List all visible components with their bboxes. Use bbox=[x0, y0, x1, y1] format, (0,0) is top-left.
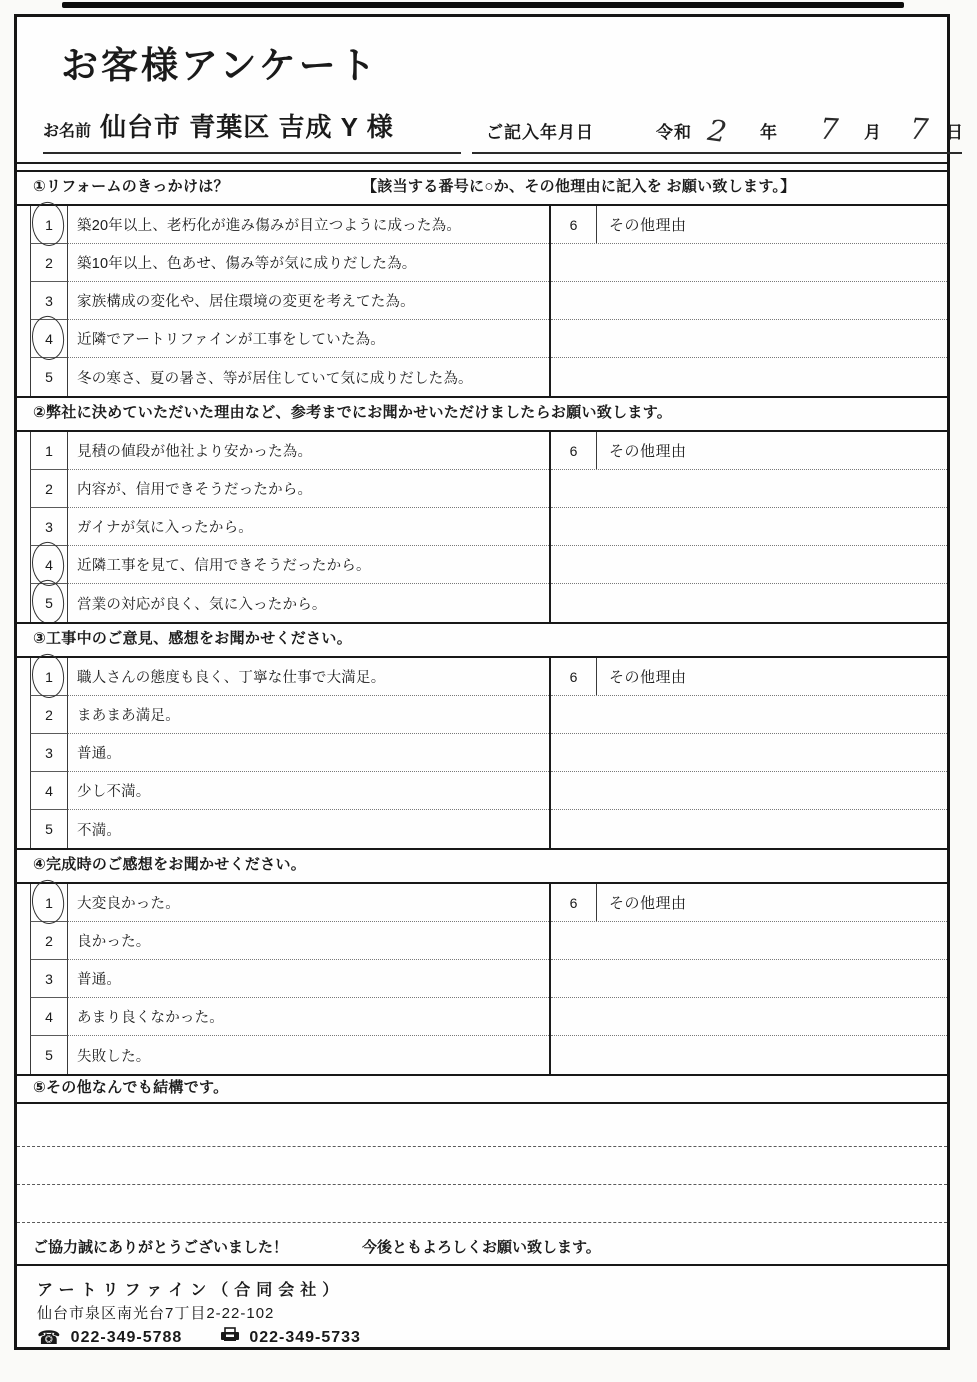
month-unit: 月 bbox=[864, 118, 882, 143]
option-row: 2 まあまあ満足。 bbox=[17, 696, 549, 734]
option-number: 3 bbox=[30, 734, 68, 772]
other-write-line bbox=[551, 508, 947, 546]
option-text: ガイナが気に入ったから。 bbox=[68, 508, 549, 546]
other-reason-row: 6 その他理由 bbox=[551, 432, 947, 470]
option-row: 1 築20年以上、老朽化が進み傷みが目立つように成った為。 bbox=[17, 206, 549, 244]
write-line bbox=[17, 1184, 947, 1185]
option-text: 家族構成の変化や、居住環境の変更を考えてた為。 bbox=[68, 282, 549, 320]
option-number: 4 bbox=[30, 546, 68, 584]
fax-number: 022-349-5733 bbox=[249, 1325, 361, 1351]
other-label: その他理由 bbox=[597, 432, 947, 469]
option-number-text: 3 bbox=[45, 745, 53, 761]
option-text: 失敗した。 bbox=[68, 1036, 549, 1074]
survey-form: お客様アンケート お名前仙台市 青葉区 吉成 Y 様 ご記入年月日 令和 2 年… bbox=[14, 14, 950, 1350]
option-row: 4 あまり良くなかった。 bbox=[17, 998, 549, 1036]
section-2-options: 1 見積の値段が他社より安かった為。 2 内容が、信用できそうだったから。 3 … bbox=[17, 432, 549, 622]
other-label: その他理由 bbox=[597, 206, 947, 243]
option-number-text: 4 bbox=[45, 331, 53, 347]
option-number: 5 bbox=[30, 810, 68, 848]
regards-text: 今後ともよろしくお願い致します。 bbox=[362, 1232, 601, 1263]
write-line bbox=[17, 1222, 947, 1223]
name-value: 仙台市 青葉区 吉成 Y 様 bbox=[100, 112, 394, 142]
company-footer: アートリファイン（合同会社） 仙台市泉区南光台7丁目2-22-102 ☎ 022… bbox=[17, 1266, 947, 1351]
option-number-text: 5 bbox=[45, 1047, 53, 1063]
option-text: 少し不満。 bbox=[68, 772, 549, 810]
other-write-line bbox=[551, 810, 947, 848]
option-number: 5 bbox=[30, 584, 68, 622]
option-number: 2 bbox=[30, 696, 68, 734]
option-row: 3 家族構成の変化や、居住環境の変更を考えてた為。 bbox=[17, 282, 549, 320]
option-row: 2 良かった。 bbox=[17, 922, 549, 960]
option-row: 3 ガイナが気に入ったから。 bbox=[17, 508, 549, 546]
other-reason-row: 6 その他理由 bbox=[551, 884, 947, 922]
option-row: 5 営業の対応が良く、気に入ったから。 bbox=[17, 584, 549, 622]
option-number-text: 1 bbox=[45, 895, 53, 911]
option-number: 3 bbox=[30, 508, 68, 546]
option-number-text: 2 bbox=[45, 707, 53, 723]
option-number-text: 3 bbox=[45, 971, 53, 987]
section-1-other-area: 6 その他理由 bbox=[549, 206, 947, 396]
option-text: 冬の寒さ、夏の暑さ、等が居住していて気に成りだした為。 bbox=[68, 358, 549, 396]
other-write-line bbox=[551, 320, 947, 358]
option-text: 内容が、信用できそうだったから。 bbox=[68, 470, 549, 508]
thanks-text: ご協力誠にありがとうございました！ bbox=[33, 1239, 288, 1256]
name-field: お名前仙台市 青葉区 吉成 Y 様 bbox=[43, 107, 461, 154]
other-write-line bbox=[551, 922, 947, 960]
other-write-line bbox=[551, 546, 947, 584]
option-number: 2 bbox=[30, 470, 68, 508]
section-3-heading: ③工事中のご意見、感想をお聞かせください。 bbox=[17, 622, 947, 658]
option-text: まあまあ満足。 bbox=[68, 696, 549, 734]
option-text: 見積の値段が他社より安かった為。 bbox=[68, 432, 549, 470]
option-row: 4 近隣工事を見て、信用できそうだったから。 bbox=[17, 546, 549, 584]
option-number-text: 4 bbox=[45, 783, 53, 799]
other-write-line bbox=[551, 772, 947, 810]
section-2-other-area: 6 その他理由 bbox=[549, 432, 947, 622]
other-reason-row: 6 その他理由 bbox=[551, 206, 947, 244]
option-text: あまり良くなかった。 bbox=[68, 998, 549, 1036]
option-row: 2 築10年以上、色あせ、傷み等が気に成りだした為。 bbox=[17, 244, 549, 282]
other-write-line bbox=[551, 282, 947, 320]
section-5-heading: ⑤その他なんでも結構です。 bbox=[17, 1074, 947, 1104]
form-header: お客様アンケート お名前仙台市 青葉区 吉成 Y 様 ご記入年月日 令和 2 年… bbox=[17, 17, 947, 164]
section-3-options: 1 職人さんの態度も良く、丁寧な仕事で大満足。 2 まあまあ満足。 3 普通。 … bbox=[17, 658, 549, 848]
option-row: 5 不満。 bbox=[17, 810, 549, 848]
company-name: アートリファイン（合同会社） bbox=[37, 1278, 947, 1303]
option-row: 1 大変良かった。 bbox=[17, 884, 549, 922]
section-3-body: 1 職人さんの態度も良く、丁寧な仕事で大満足。 2 まあまあ満足。 3 普通。 … bbox=[17, 658, 947, 848]
option-number-text: 3 bbox=[45, 519, 53, 535]
closing-message: ご協力誠にありがとうございました！ 今後ともよろしくお願い致します。 bbox=[17, 1232, 947, 1266]
option-number-text: 2 bbox=[45, 255, 53, 271]
write-line bbox=[17, 1146, 947, 1147]
other-write-line bbox=[551, 696, 947, 734]
option-number: 4 bbox=[30, 320, 68, 358]
section-3-title: ③工事中のご意見、感想をお聞かせください。 bbox=[33, 630, 352, 647]
section-1-body: 1 築20年以上、老朽化が進み傷みが目立つように成った為。 2 築10年以上、色… bbox=[17, 206, 947, 396]
option-row: 3 普通。 bbox=[17, 960, 549, 998]
option-row: 3 普通。 bbox=[17, 734, 549, 772]
handwritten-year: 2 bbox=[706, 113, 729, 149]
option-row: 1 見積の値段が他社より安かった為。 bbox=[17, 432, 549, 470]
day-unit: 日 bbox=[946, 118, 964, 143]
option-number-text: 4 bbox=[45, 1009, 53, 1025]
option-text: 普通。 bbox=[68, 734, 549, 772]
phone-icon: ☎ bbox=[37, 1329, 62, 1348]
option-row: 1 職人さんの態度も良く、丁寧な仕事で大満足。 bbox=[17, 658, 549, 696]
option-number-text: 4 bbox=[45, 557, 53, 573]
section-5-title: ⑤その他なんでも結構です。 bbox=[33, 1079, 228, 1096]
option-number-text: 2 bbox=[45, 933, 53, 949]
option-text: 営業の対応が良く、気に入ったから。 bbox=[68, 584, 549, 622]
option-text: 職人さんの態度も良く、丁寧な仕事で大満足。 bbox=[68, 658, 549, 696]
option-row: 4 近隣でアートリファインが工事をしていた為。 bbox=[17, 320, 549, 358]
other-write-line bbox=[551, 358, 947, 396]
other-number: 6 bbox=[551, 432, 597, 469]
section-4-title: ④完成時のご感想をお聞かせください。 bbox=[33, 856, 306, 873]
form-title: お客様アンケート bbox=[61, 35, 379, 89]
other-number: 6 bbox=[551, 884, 597, 921]
company-address: 仙台市泉区南光台7丁目2-22-102 bbox=[37, 1303, 947, 1325]
option-number-text: 5 bbox=[45, 369, 53, 385]
date-field: ご記入年月日 令和 2 年 7 月 7 日 bbox=[472, 106, 962, 154]
option-number: 3 bbox=[30, 960, 68, 998]
option-number-text: 1 bbox=[45, 217, 53, 233]
handwritten-day: 7 bbox=[909, 112, 929, 147]
scanned-survey-page: お客様アンケート お名前仙台市 青葉区 吉成 Y 様 ご記入年月日 令和 2 年… bbox=[0, 0, 977, 1382]
section-4-body: 1 大変良かった。 2 良かった。 3 普通。 4 あまり良くなかった。 5 bbox=[17, 884, 947, 1074]
option-number: 2 bbox=[30, 922, 68, 960]
section-4-options: 1 大変良かった。 2 良かった。 3 普通。 4 あまり良くなかった。 5 bbox=[17, 884, 549, 1074]
other-label: その他理由 bbox=[597, 884, 947, 921]
section-2-heading: ②弊社に決めていただいた理由など、参考までにお聞かせいただけましたらお願い致しま… bbox=[17, 396, 947, 432]
option-text: 築10年以上、色あせ、傷み等が気に成りだした為。 bbox=[68, 244, 549, 282]
option-number-text: 5 bbox=[45, 821, 53, 837]
year-unit: 年 bbox=[760, 118, 778, 143]
option-text: 良かった。 bbox=[68, 922, 549, 960]
section-1-title: ①リフォームのきっかけは？ bbox=[33, 178, 229, 195]
option-number: 3 bbox=[30, 282, 68, 320]
option-number: 1 bbox=[30, 206, 68, 244]
option-number: 5 bbox=[30, 1036, 68, 1074]
option-text: 築20年以上、老朽化が進み傷みが目立つように成った為。 bbox=[68, 206, 549, 244]
option-row: 5 冬の寒さ、夏の暑さ、等が居住していて気に成りだした為。 bbox=[17, 358, 549, 396]
option-number: 4 bbox=[30, 998, 68, 1036]
option-number: 4 bbox=[30, 772, 68, 810]
tel-number: 022-349-5788 bbox=[71, 1325, 183, 1351]
option-row: 5 失敗した。 bbox=[17, 1036, 549, 1074]
section-4-other-area: 6 その他理由 bbox=[549, 884, 947, 1074]
section-1-note: 【該当する番号に○か、その他理由に記入を お願い致します。】 bbox=[362, 172, 796, 202]
date-label: ご記入年月日 bbox=[486, 118, 594, 143]
option-text: 普通。 bbox=[68, 960, 549, 998]
other-label: その他理由 bbox=[597, 658, 947, 695]
other-write-line bbox=[551, 584, 947, 622]
other-write-line bbox=[551, 734, 947, 772]
free-comment-area bbox=[17, 1104, 947, 1232]
option-number-text: 2 bbox=[45, 481, 53, 497]
option-number: 2 bbox=[30, 244, 68, 282]
era-label: 令和 bbox=[656, 118, 692, 143]
option-number-text: 1 bbox=[45, 443, 53, 459]
other-write-line bbox=[551, 244, 947, 282]
option-number-text: 3 bbox=[45, 293, 53, 309]
section-3-other-area: 6 その他理由 bbox=[549, 658, 947, 848]
option-number: 1 bbox=[30, 884, 68, 922]
handwritten-month: 7 bbox=[819, 112, 839, 147]
option-number-text: 5 bbox=[45, 595, 53, 611]
contact-line: ☎ 022-349-5788 022-349-5733 bbox=[37, 1325, 947, 1351]
other-write-line bbox=[551, 960, 947, 998]
option-text: 近隣工事を見て、信用できそうだったから。 bbox=[68, 546, 549, 584]
scan-artifact-bar bbox=[62, 2, 904, 8]
other-number: 6 bbox=[551, 658, 597, 695]
section-1-options: 1 築20年以上、老朽化が進み傷みが目立つように成った為。 2 築10年以上、色… bbox=[17, 206, 549, 396]
option-text: 大変良かった。 bbox=[68, 884, 549, 922]
section-1-heading: ①リフォームのきっかけは？ 【該当する番号に○か、その他理由に記入を お願い致し… bbox=[17, 170, 947, 206]
other-number: 6 bbox=[551, 206, 597, 243]
other-write-line bbox=[551, 1036, 947, 1074]
section-4-heading: ④完成時のご感想をお聞かせください。 bbox=[17, 848, 947, 884]
name-label: お名前 bbox=[43, 123, 91, 140]
fax-icon bbox=[220, 1325, 240, 1351]
option-number: 1 bbox=[30, 432, 68, 470]
other-write-line bbox=[551, 998, 947, 1036]
section-2-title: ②弊社に決めていただいた理由など、参考までにお聞かせいただけましたらお願い致しま… bbox=[33, 404, 672, 421]
option-text: 近隣でアートリファインが工事をしていた為。 bbox=[68, 320, 549, 358]
option-row: 4 少し不満。 bbox=[17, 772, 549, 810]
other-write-line bbox=[551, 470, 947, 508]
option-number: 5 bbox=[30, 358, 68, 396]
option-number: 1 bbox=[30, 658, 68, 696]
option-row: 2 内容が、信用できそうだったから。 bbox=[17, 470, 549, 508]
option-text: 不満。 bbox=[68, 810, 549, 848]
option-number-text: 1 bbox=[45, 669, 53, 685]
other-reason-row: 6 その他理由 bbox=[551, 658, 947, 696]
section-2-body: 1 見積の値段が他社より安かった為。 2 内容が、信用できそうだったから。 3 … bbox=[17, 432, 947, 622]
